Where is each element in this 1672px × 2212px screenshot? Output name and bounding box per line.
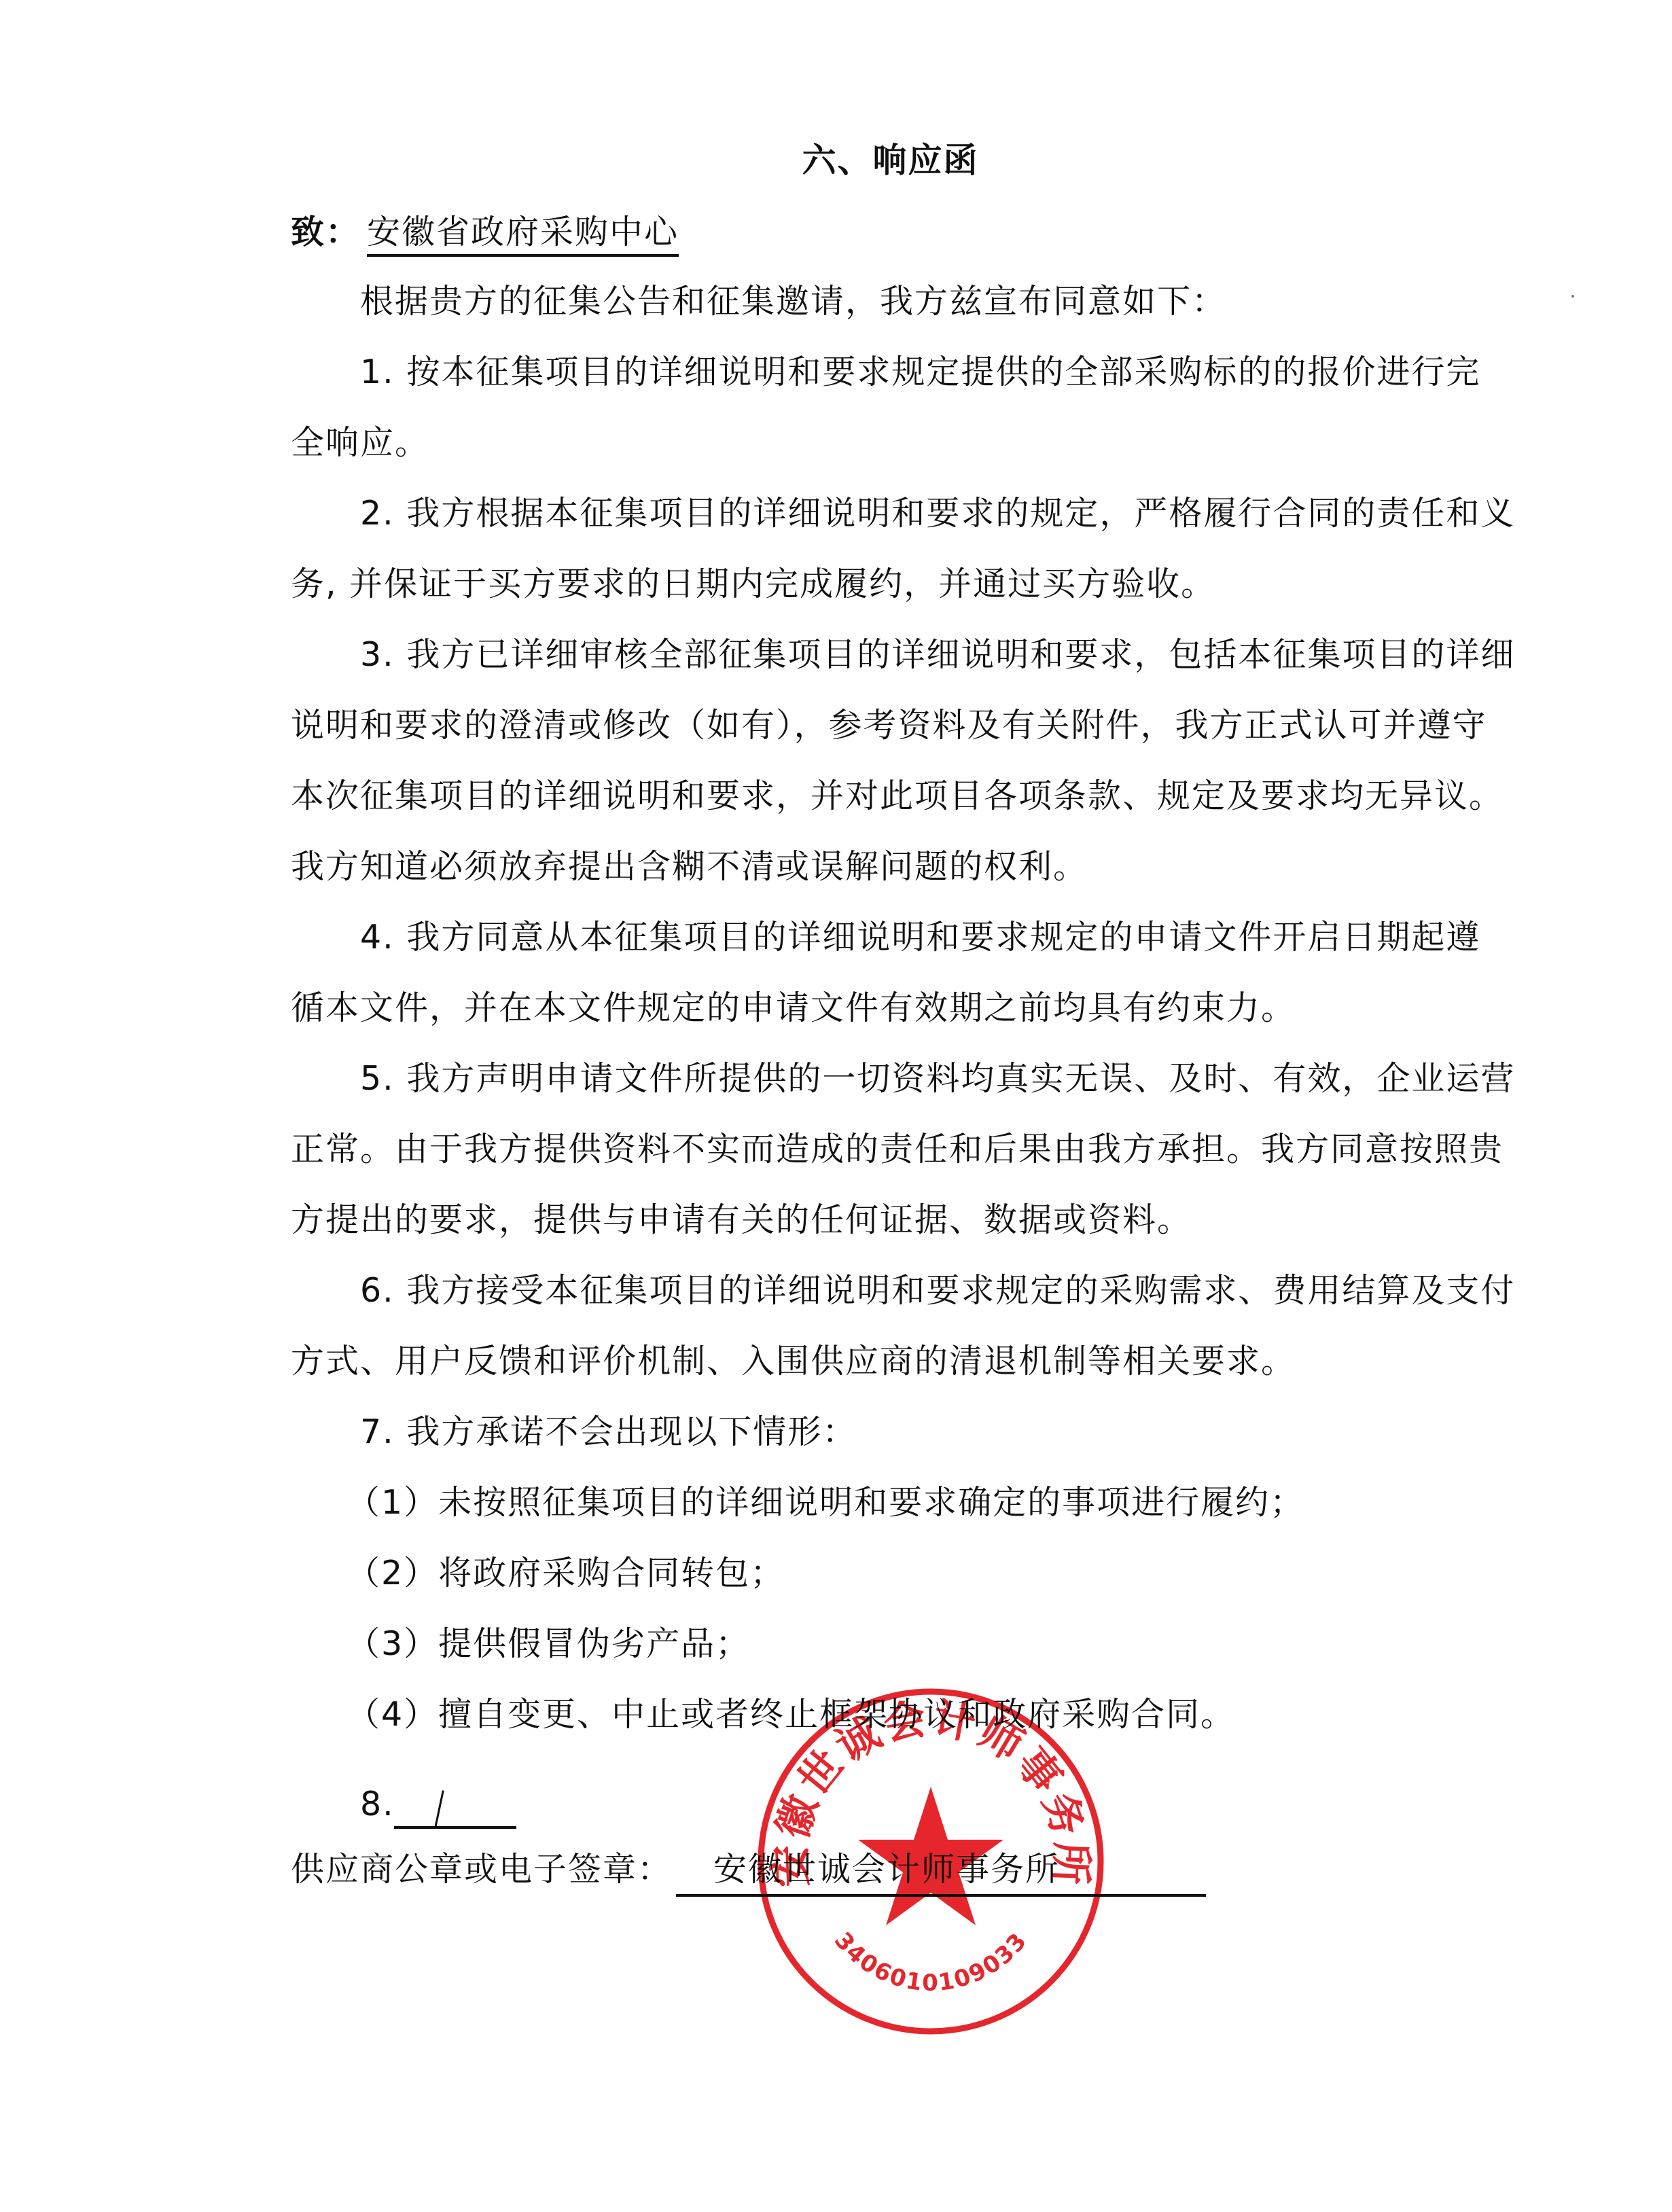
clause-6-line-1: 6. 我方接受本征集项目的详细说明和要求规定的采购需求、费用结算及支付	[360, 1270, 1515, 1311]
clause-2-line-2: 务, 并保证于买方要求的日期内完成履约，并通过买方验收。	[291, 564, 1215, 605]
clause-6-line-2: 方式、用户反馈和评价机制、入围供应商的清退机制等相关要求。	[291, 1341, 1296, 1382]
intro-text: 根据贵方的征集公告和征集邀请，我方兹宣布同意如下：	[360, 281, 1226, 322]
page-title: 六、响应函	[0, 133, 1672, 182]
scan-speck	[1571, 295, 1574, 298]
clause-7-line-1: 7. 我方承诺不会出现以下情形：	[360, 1412, 857, 1452]
clause-7-item-2: （2）将政府采购合同转包；	[346, 1553, 785, 1594]
clause-5-line-3: 方提出的要求，提供与申请有关的任何证据、数据或资料。	[291, 1200, 1192, 1241]
clause-3-line-4: 我方知道必须放弃提出含糊不清或误解问题的权利。	[291, 846, 1088, 887]
clause-8-blank-slash	[434, 1790, 444, 1827]
clause-7-item-1: （1）未按照征集项目的详细说明和要求确定的事项进行履约；	[346, 1482, 1304, 1523]
addressee-name: 安徽省政府采购中心	[367, 212, 679, 257]
clause-8-number: 8.	[360, 1784, 395, 1825]
clause-8-blank-line	[394, 1826, 516, 1829]
clause-1-line-1: 1. 按本征集项目的详细说明和要求规定提供的全部采购标的的报价进行完	[360, 352, 1480, 393]
clause-3-line-1: 3. 我方已详细审核全部征集项目的详细说明和要求，包括本征集项目的详细	[360, 635, 1515, 675]
svg-text:3406010109033: 3406010109033	[829, 1927, 1033, 1997]
clause-5-line-1: 5. 我方声明申请文件所提供的一切资料均真实无误、及时、有效，企业运营	[360, 1058, 1515, 1099]
clause-5-line-2: 正常。由于我方提供资料不实而造成的责任和后果由我方承担。我方同意按照贵	[291, 1129, 1504, 1170]
clause-2-line-1: 2. 我方根据本征集项目的详细说明和要求的规定，严格履行合同的责任和义	[360, 493, 1515, 534]
signature-label: 供应商公章或电子签章：	[291, 1849, 672, 1890]
company-seal-stamp: 安徽世诚会计师事务所 3406010109033	[754, 1685, 1107, 2038]
clause-7-item-3: （3）提供假冒伪劣产品；	[346, 1624, 750, 1664]
clause-3-line-2: 说明和要求的澄清或修改（如有），参考资料及有关附件，我方正式认可并遵守	[291, 705, 1487, 746]
document-page: 六、响应函 致： 安徽省政府采购中心 根据贵方的征集公告和征集邀请，我方兹宣布同…	[0, 0, 1672, 2212]
addressee-label: 致：	[291, 212, 360, 253]
clause-3-line-3: 本次征集项目的详细说明和要求，并对此项目各项条款、规定及要求均无异议。	[291, 776, 1504, 817]
clause-1-line-2: 全响应。	[291, 423, 429, 463]
clause-4-line-1: 4. 我方同意从本征集项目的详细说明和要求规定的申请文件开启日期起遵	[360, 917, 1480, 958]
clause-4-line-2: 循本文件，并在本文件规定的申请文件有效期之前均具有约束力。	[291, 988, 1296, 1029]
